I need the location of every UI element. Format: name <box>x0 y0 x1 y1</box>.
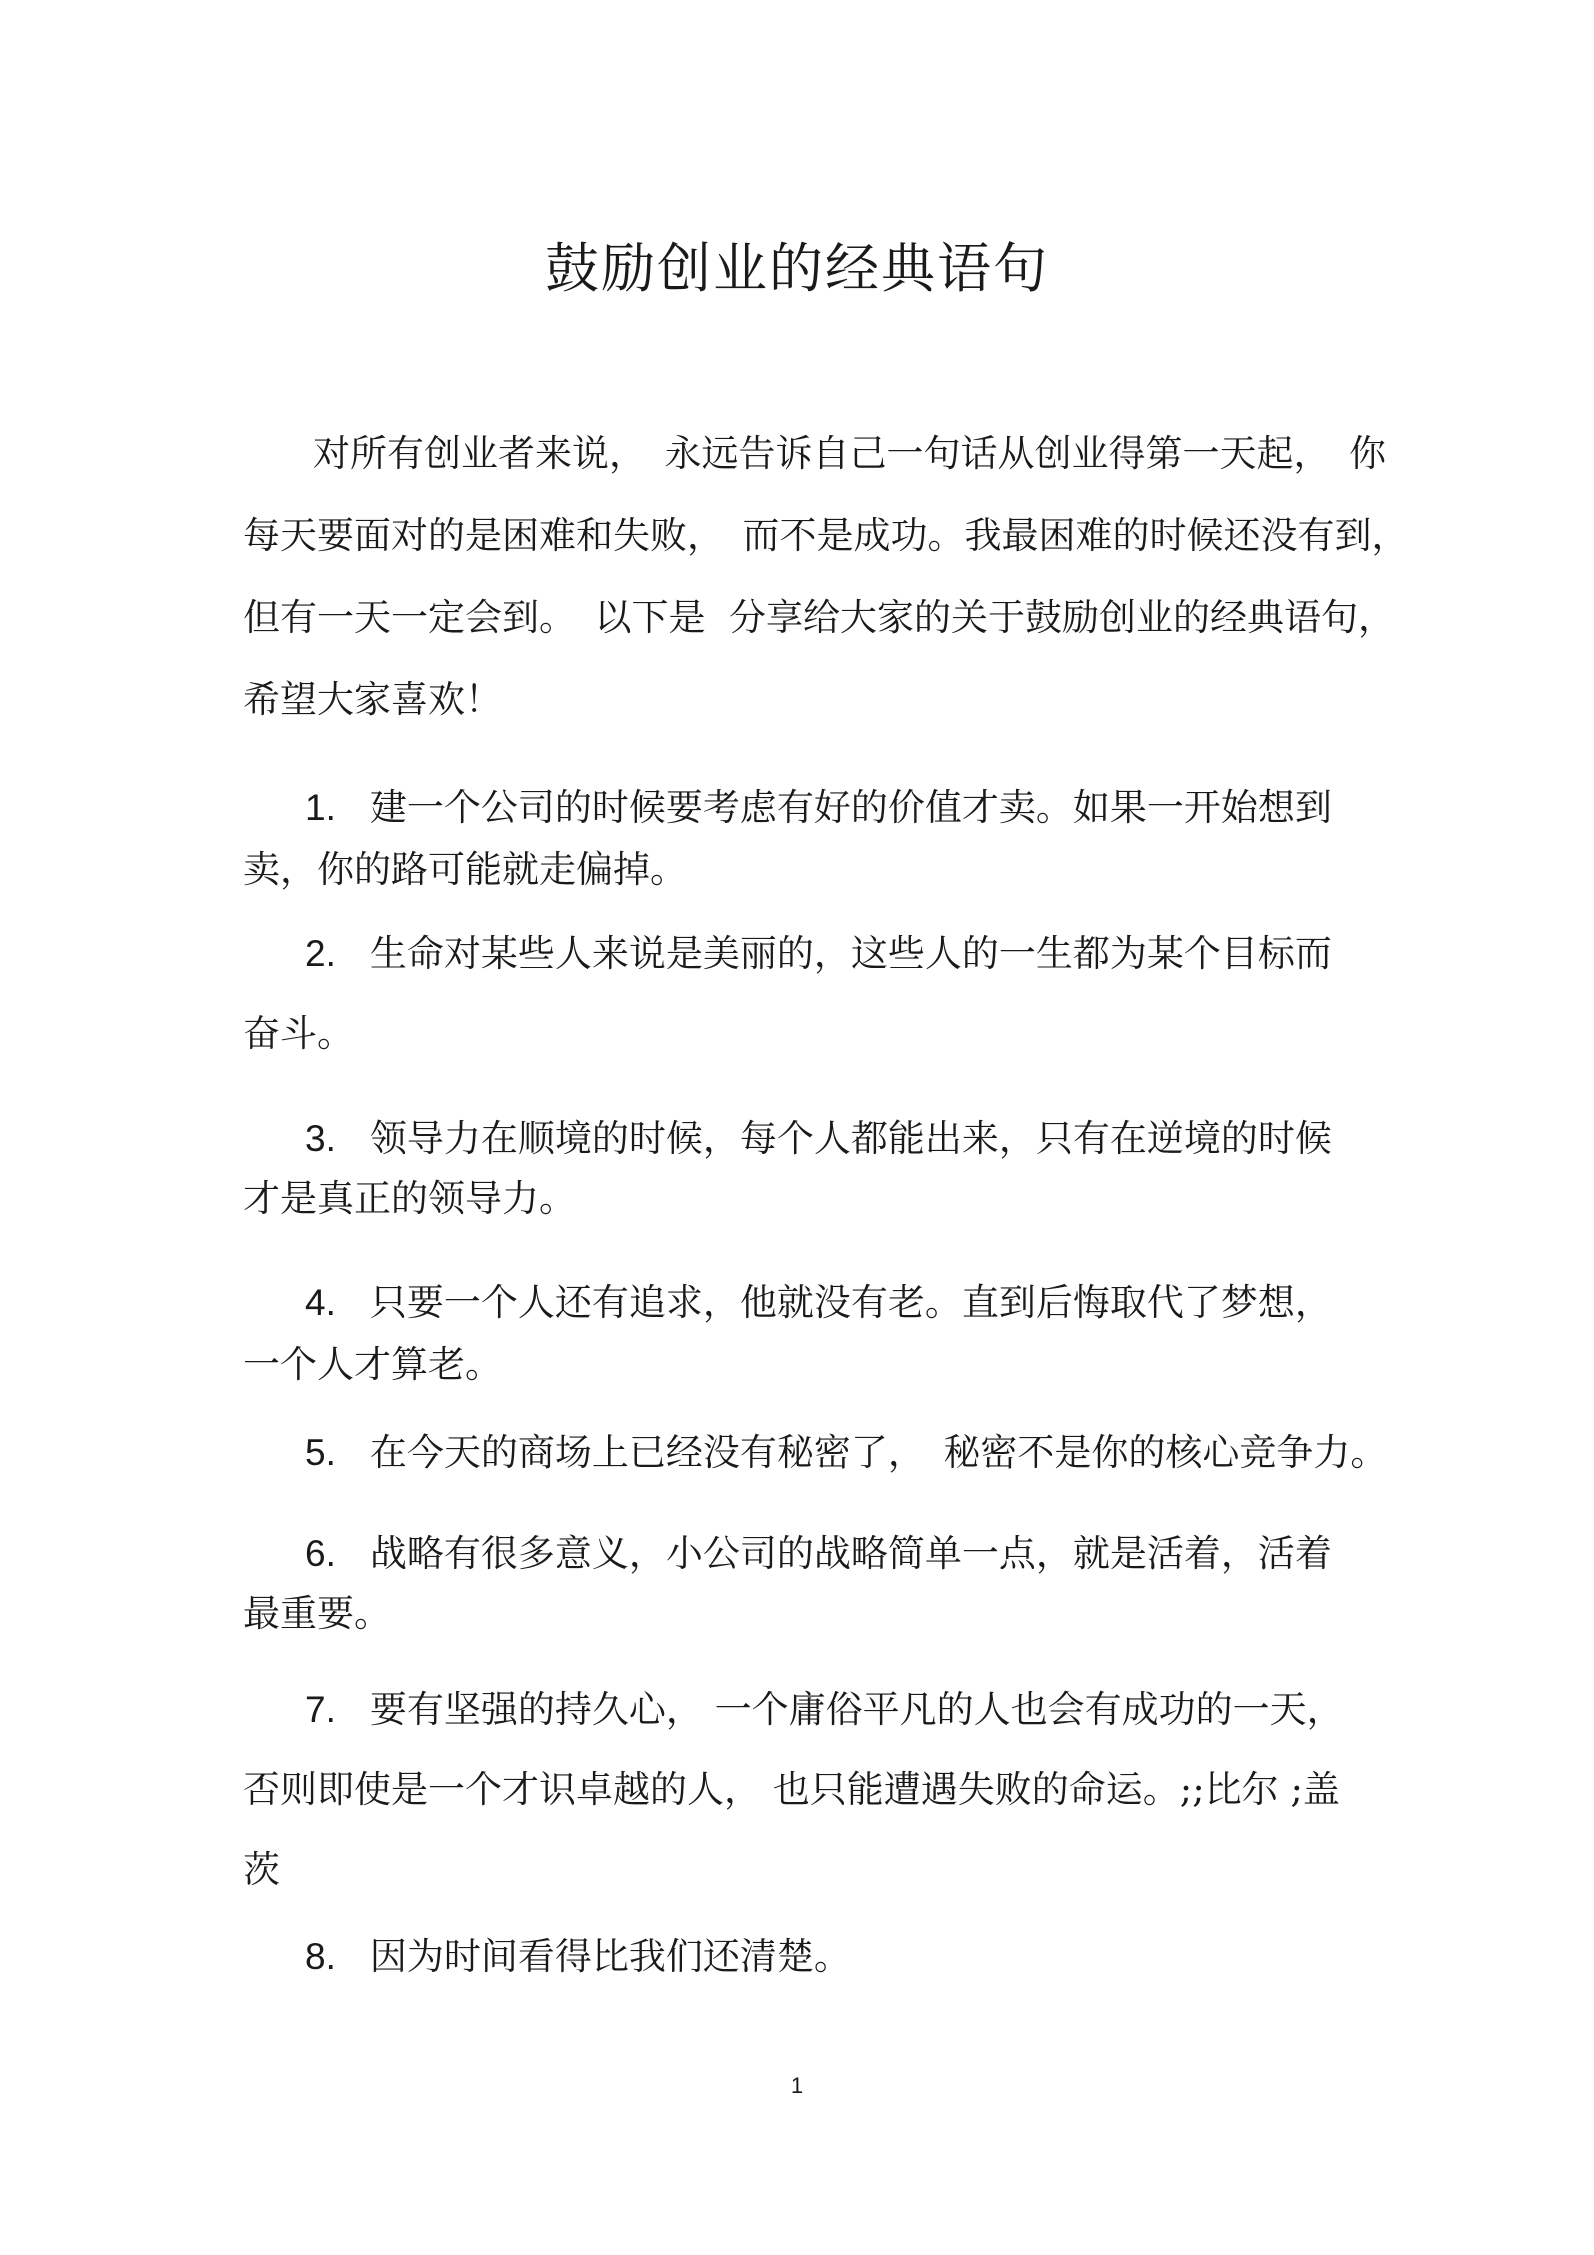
document-page: 鼓励创业的经典语句 对所有创业者来说， 永远告诉自己一句话从创业得第一天起， 你… <box>0 0 1594 2255</box>
text-line: 对所有创业者来说， 永远告诉自己一句话从创业得第一天起， 你 <box>243 413 1483 495</box>
item-number: 3. <box>305 1118 336 1159</box>
item-number: 5. <box>305 1432 336 1473</box>
intro-paragraph: 对所有创业者来说， 永远告诉自己一句话从创业得第一天起， 你 每天要面对的是困难… <box>243 413 1483 741</box>
text-line: 最重要。 <box>243 1584 1483 1644</box>
text-line: 3.领导力在顺境的时候，每个人都能出来，只有在逆境的时候 <box>243 1109 1483 1169</box>
document-body: 对所有创业者来说， 永远告诉自己一句话从创业得第一天起， 你 每天要面对的是困难… <box>243 413 1483 1988</box>
text-line: 茨 <box>243 1830 1483 1910</box>
item-number: 6. <box>305 1533 336 1574</box>
text-line: 卖，你的路可能就走偏掉。 <box>243 839 1483 901</box>
item-text: 因为时间看得比我们还清楚。 <box>370 1935 851 1978</box>
item-text: 在今天的商场上已经没有秘密了， 秘密不是你的核心竞争力。 <box>370 1431 1388 1474</box>
item-text: 生命对某些人来说是美丽的，这些人的一生都为某个目标而 <box>370 932 1332 975</box>
item-text: 要有坚强的持久心， 一个庸俗平凡的人也会有成功的一天， <box>370 1688 1344 1731</box>
item-number: 8. <box>305 1936 336 1977</box>
item-text: 领导力在顺境的时候，每个人都能出来，只有在逆境的时候 <box>370 1117 1332 1160</box>
item-number: 2. <box>305 933 336 974</box>
item-number: 1. <box>305 787 336 828</box>
item-text: 建一个公司的时候要考虑有好的价值才卖。如果一开始想到 <box>370 786 1332 829</box>
text-line: 奋斗。 <box>243 994 1483 1074</box>
text-line: 1.建一个公司的时候要考虑有好的价值才卖。如果一开始想到 <box>243 777 1483 839</box>
text-line: 5.在今天的商场上已经没有秘密了， 秘密不是你的核心竞争力。 <box>243 1422 1483 1484</box>
text-line: 7.要有坚强的持久心， 一个庸俗平凡的人也会有成功的一天， <box>243 1670 1483 1750</box>
list-item-7: 7.要有坚强的持久心， 一个庸俗平凡的人也会有成功的一天， 否则即使是一个才识卓… <box>243 1670 1483 1910</box>
text-line: 6.战略有很多意义，小公司的战略简单一点，就是活着，活着 <box>243 1524 1483 1584</box>
list-item-4: 4.只要一个人还有追求，他就没有老。直到后悔取代了梦想， 一个人才算老。 <box>243 1272 1483 1396</box>
text-line: 希望大家喜欢！ <box>243 659 1483 741</box>
text-line: 8.因为时间看得比我们还清楚。 <box>243 1926 1483 1988</box>
page-title: 鼓励创业的经典语句 <box>0 0 1594 301</box>
list-item-5: 5.在今天的商场上已经没有秘密了， 秘密不是你的核心竞争力。 <box>243 1422 1483 1484</box>
item-text: 战略有很多意义，小公司的战略简单一点，就是活着，活着 <box>370 1532 1332 1575</box>
page-number: 1 <box>0 2071 1594 2101</box>
item-text: 只要一个人还有追求，他就没有老。直到后悔取代了梦想， <box>370 1281 1332 1324</box>
list-item-2: 2.生命对某些人来说是美丽的，这些人的一生都为某个目标而 奋斗。 <box>243 914 1483 1074</box>
text-line: 否则即使是一个才识卓越的人， 也只能遭遇失败的命运。;;比尔 ;盖 <box>243 1750 1483 1830</box>
list-item-3: 3.领导力在顺境的时候，每个人都能出来，只有在逆境的时候 才是真正的领导力。 <box>243 1109 1483 1229</box>
item-number: 7. <box>305 1689 336 1730</box>
text-line: 才是真正的领导力。 <box>243 1169 1483 1229</box>
text-line: 一个人才算老。 <box>243 1334 1483 1396</box>
list-item-8: 8.因为时间看得比我们还清楚。 <box>243 1926 1483 1988</box>
list-item-6: 6.战略有很多意义，小公司的战略简单一点，就是活着，活着 最重要。 <box>243 1524 1483 1644</box>
item-number: 4. <box>305 1282 336 1323</box>
text-line: 但有一天一定会到。 以下是 分享给大家的关于鼓励创业的经典语句， <box>243 577 1483 659</box>
text-line: 每天要面对的是困难和失败， 而不是成功。我最困难的时候还没有到， <box>243 495 1483 577</box>
text-line: 4.只要一个人还有追求，他就没有老。直到后悔取代了梦想， <box>243 1272 1483 1334</box>
text-line: 2.生命对某些人来说是美丽的，这些人的一生都为某个目标而 <box>243 914 1483 994</box>
list-item-1: 1.建一个公司的时候要考虑有好的价值才卖。如果一开始想到 卖，你的路可能就走偏掉… <box>243 777 1483 901</box>
